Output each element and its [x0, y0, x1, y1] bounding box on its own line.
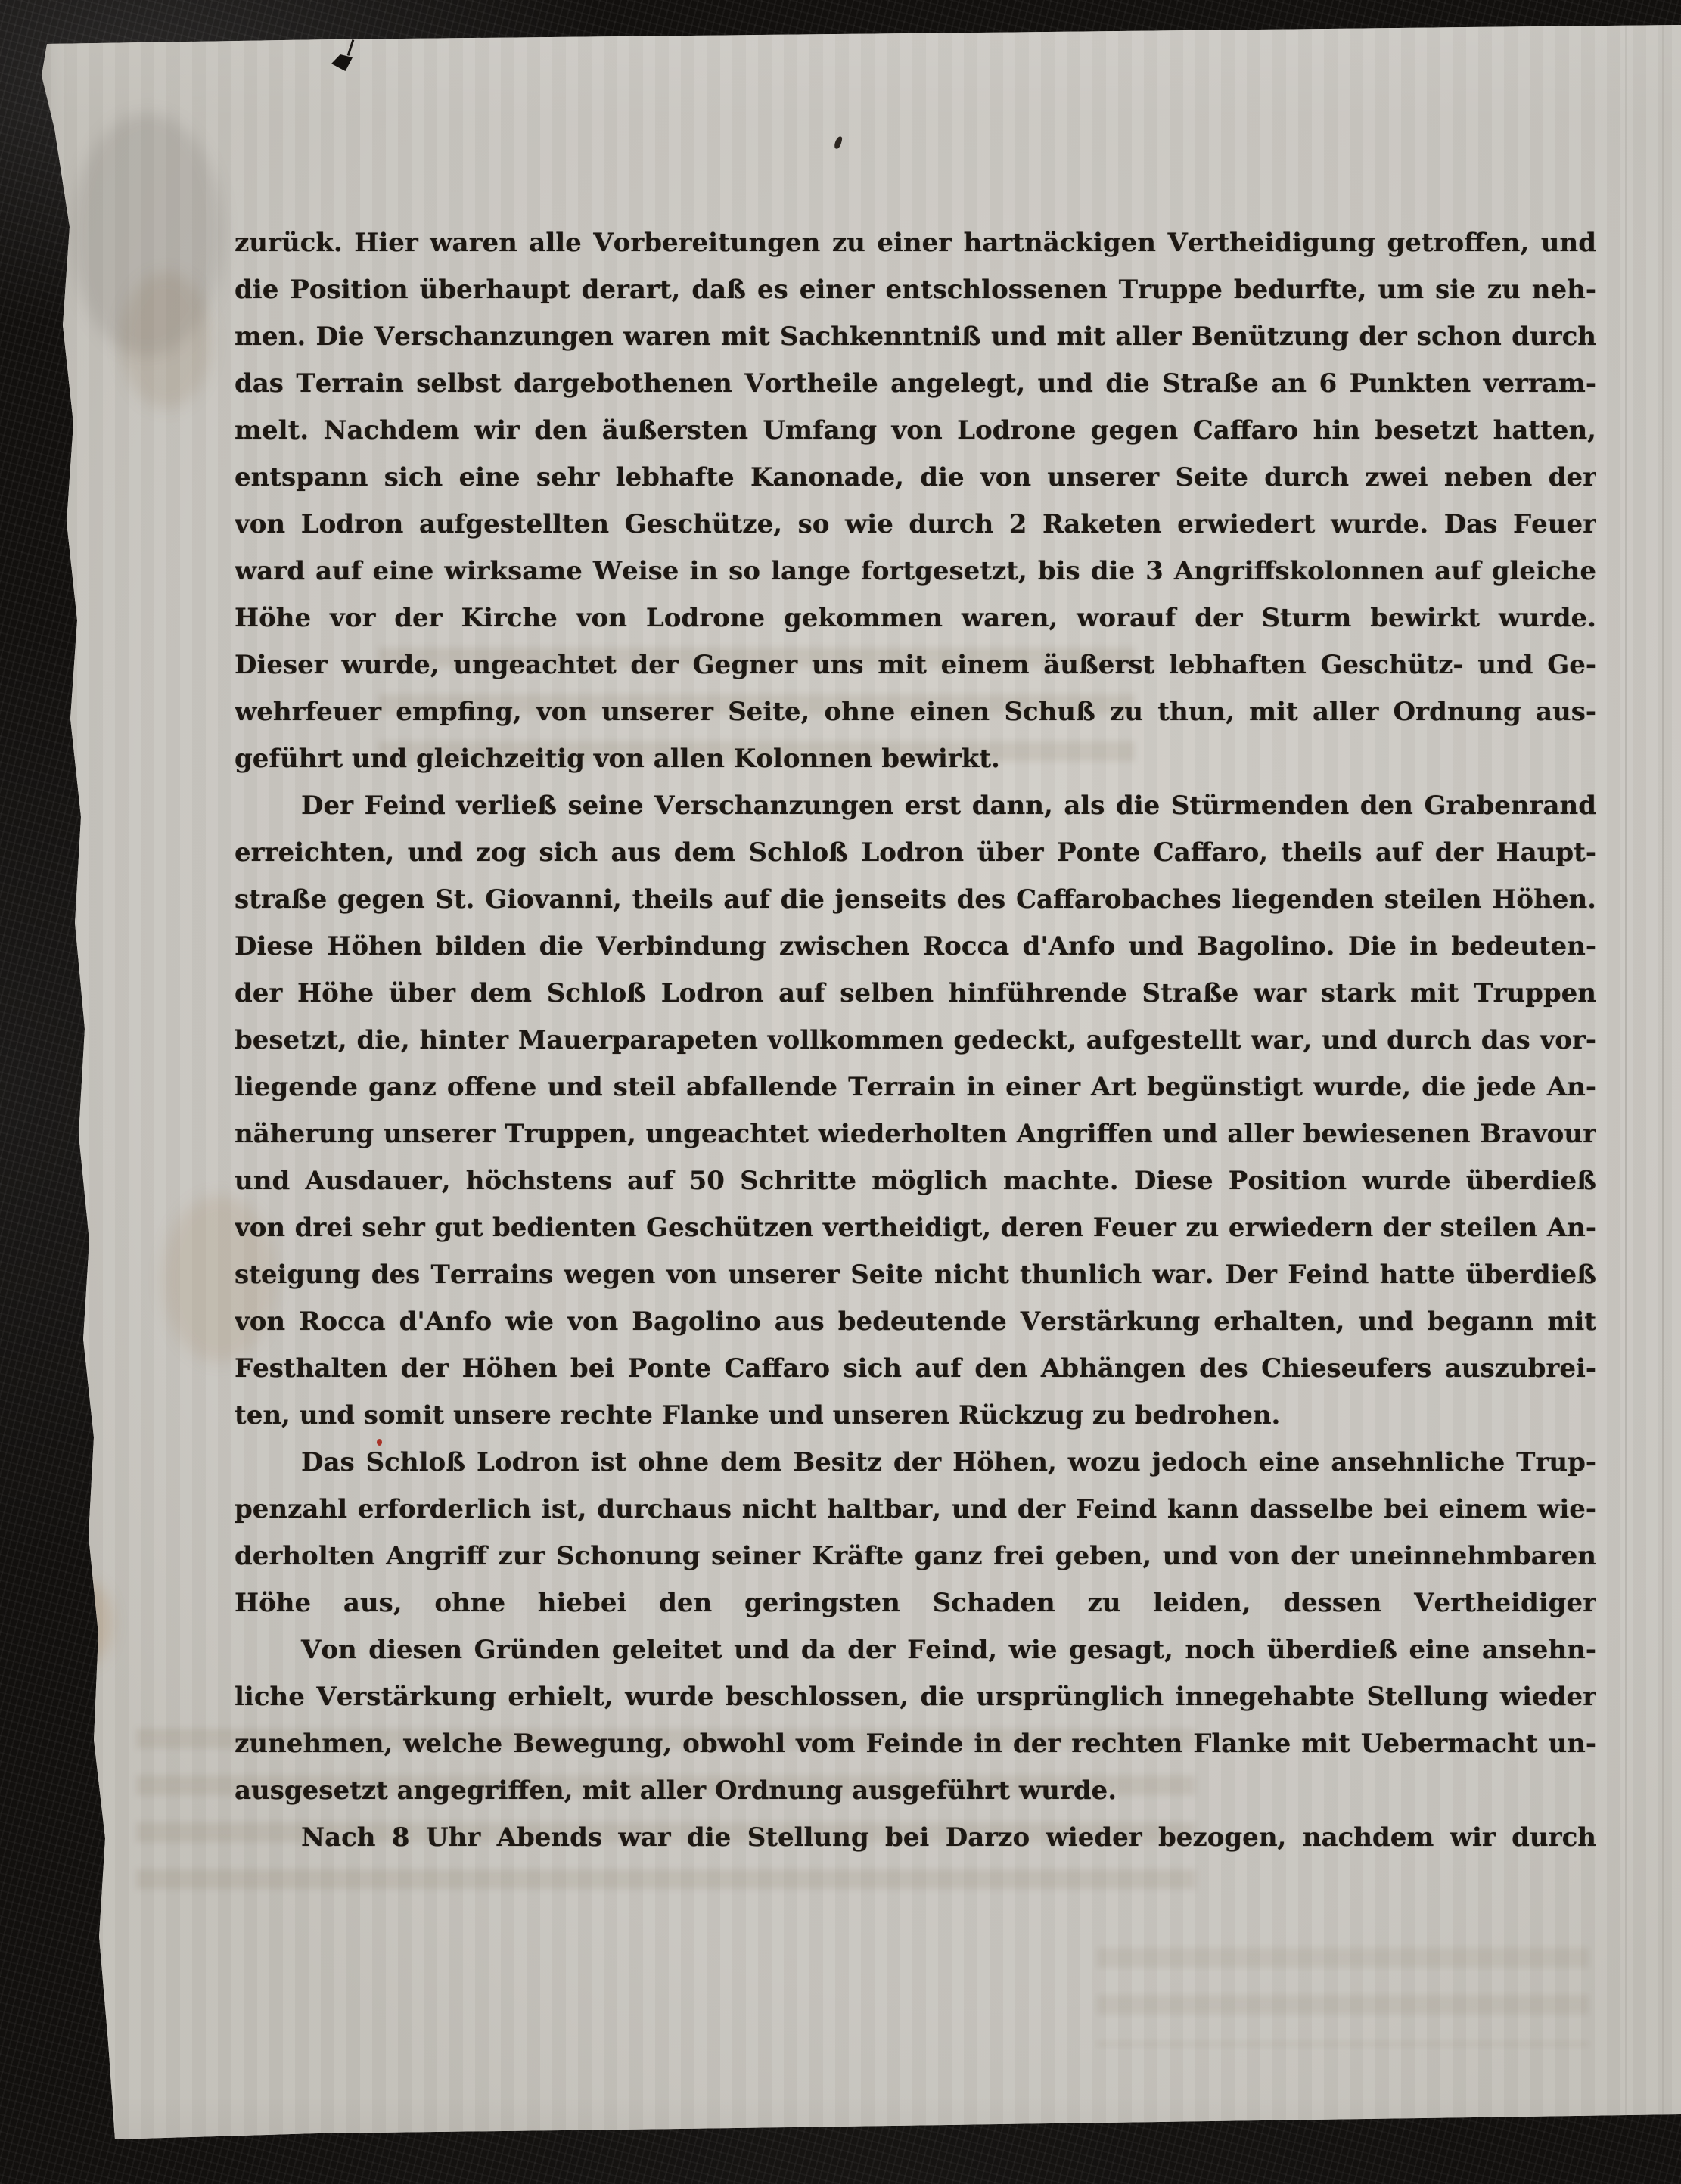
paper-stain: [59, 1581, 112, 1664]
text-line: das Terrain selbst dargebothenen Vorthei…: [235, 360, 1596, 407]
text-line: Dieser wurde, ungeachtet der Gegner uns …: [235, 642, 1596, 688]
text-line: die Position überhaupt derart, daß es ei…: [235, 266, 1596, 313]
text-line: besetzt, die, hinter Mauerparapeten voll…: [235, 1017, 1596, 1064]
text-line: men. Die Verschanzungen waren mit Sachke…: [235, 313, 1596, 360]
text-line: liche Verstärkung erhielt, wurde beschlo…: [235, 1673, 1596, 1720]
paper-crease: [1662, 23, 1664, 2139]
text-line: Höhe aus, ohne hiebei den geringsten Sch…: [235, 1580, 1596, 1626]
text-line: Das Schloß Lodron ist ohne dem Besitz de…: [235, 1439, 1596, 1486]
text-line: von Lodron aufgestellten Geschütze, so w…: [235, 501, 1596, 548]
document-page: zurück. Hier waren alle Vorbereitungen z…: [0, 0, 1681, 2184]
ink-blot-mark: [331, 54, 353, 71]
text-line: Von diesen Gründen geleitet und da der F…: [235, 1626, 1596, 1673]
text-line: straße gegen St. Giovanni, theils auf di…: [235, 876, 1596, 923]
text-line: Festhalten der Höhen bei Ponte Caffaro s…: [235, 1345, 1596, 1392]
paper-crease: [1625, 23, 1627, 2139]
ink-blot-mark: [347, 39, 355, 56]
text-line: von Rocca d'Anfo wie von Bagolino aus be…: [235, 1298, 1596, 1345]
text-line: melt. Nachdem wir den äußersten Umfang v…: [235, 407, 1596, 454]
text-line: von drei sehr gut bedienten Geschützen v…: [235, 1204, 1596, 1251]
text-line: geführt und gleichzeitig von allen Kolon…: [235, 735, 1596, 782]
text-line: ten, und somit unsere rechte Flanke und …: [235, 1392, 1596, 1439]
text-line: ausgesetzt angegriffen, mit aller Ordnun…: [235, 1767, 1596, 1814]
scan-background: zurück. Hier waren alle Vorbereitungen z…: [0, 0, 1681, 2184]
bleedthrough-ghost: [1097, 1948, 1589, 2046]
text-line: Nach 8 Uhr Abends war die Stellung bei D…: [235, 1814, 1596, 1861]
text-line: derholten Angriff zur Schonung seiner Kr…: [235, 1533, 1596, 1580]
text-line: steigung des Terrains wegen von unserer …: [235, 1251, 1596, 1298]
text-line: erreichten, und zog sich aus dem Schloß …: [235, 829, 1596, 876]
ink-fleck-mark: [834, 135, 843, 149]
text-line: Diese Höhen bilden die Verbindung zwisch…: [235, 923, 1596, 970]
text-line: ward auf eine wirksame Weise in so lange…: [235, 548, 1596, 595]
text-line: näherung unserer Truppen, ungeachtet wie…: [235, 1111, 1596, 1157]
text-line: Der Feind verließ seine Verschanzungen e…: [235, 782, 1596, 829]
text-block: zurück. Hier waren alle Vorbereitungen z…: [235, 219, 1596, 1861]
text-line: Höhe vor der Kirche von Lodrone gekommen…: [235, 595, 1596, 642]
text-line: penzahl erforderlich ist, durchaus nicht…: [235, 1486, 1596, 1533]
text-line: zunehmen, welche Bewegung, obwohl vom Fe…: [235, 1720, 1596, 1767]
text-line: der Höhe über dem Schloß Lodron auf selb…: [235, 970, 1596, 1017]
text-line: wehrfeuer empfing, von unserer Seite, oh…: [235, 688, 1596, 735]
paper-stain: [121, 272, 212, 409]
text-line: liegende ganz offene und steil abfallend…: [235, 1064, 1596, 1111]
text-line: zurück. Hier waren alle Vorbereitungen z…: [235, 219, 1596, 266]
text-line: entspann sich eine sehr lebhafte Kanonad…: [235, 454, 1596, 501]
text-line: und Ausdauer, höchstens auf 50 Schritte …: [235, 1157, 1596, 1204]
